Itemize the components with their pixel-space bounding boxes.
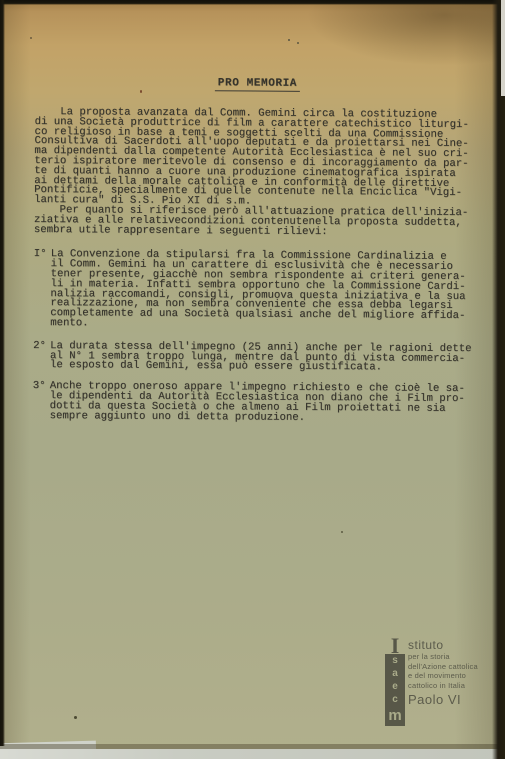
scan-edge-right (492, 0, 505, 759)
item-marker: 3° (33, 382, 50, 392)
numbered-item-3: 3° Anche troppo oneroso appare l'impegno… (33, 382, 478, 424)
scan-edge-left (0, 0, 5, 746)
item-text: La Convenzione da stipularsi fra la Comm… (50, 250, 466, 331)
scanner-bed-sliver (501, 0, 505, 96)
watermark-text-line: cattolico in Italia (408, 681, 478, 691)
item-text: Anche troppo oneroso appare l'impegno ri… (50, 382, 465, 424)
watermark-letter: I (385, 637, 405, 654)
title-row: PRO MEMORIA (35, 71, 480, 93)
watermark-text-line: dell'Azione cattolica (408, 662, 478, 672)
paper-speck (74, 716, 77, 719)
paper-speck (288, 39, 290, 41)
watermark-letter: e (385, 680, 405, 693)
watermark-text-line: e del movimento (408, 671, 478, 681)
scanned-document-photo: PRO MEMORIA La proposta avanzata dal Com… (0, 0, 505, 759)
typewritten-content: PRO MEMORIA La proposta avanzata dal Com… (33, 71, 480, 424)
item-marker: 2° (33, 342, 50, 352)
watermark-text-line: Paolo VI (408, 692, 478, 708)
item-marker: I° (34, 250, 51, 260)
paper-speck (30, 37, 32, 39)
document-page: PRO MEMORIA La proposta avanzata dal Com… (0, 0, 505, 759)
paper-speck (140, 90, 142, 93)
item-text: La durata stessa dell'impegno (25 anni) … (50, 342, 472, 374)
watermark-letter: m (385, 706, 405, 726)
paper-speck (341, 531, 343, 533)
watermark-letter-column: I s a e c m (385, 637, 405, 726)
numbered-item-2: 2° La durata stessa dell'impegno (25 ann… (33, 342, 478, 374)
paragraph-premise: Per quanto si riferisce però all'attuazi… (34, 206, 479, 238)
page-title: PRO MEMORIA (215, 77, 300, 92)
watermark-letter: c (385, 693, 405, 706)
watermark-text: stituto per la storia dell'Azione cattol… (408, 637, 478, 726)
watermark-letter: s (385, 654, 405, 667)
paper-speck (297, 42, 299, 44)
watermark-text-line: per la storia (408, 652, 478, 662)
watermark-letter: a (385, 667, 405, 680)
numbered-item-1: I° La Convenzione da stipularsi fra la C… (33, 250, 479, 331)
watermark-text-line: stituto (408, 638, 478, 652)
archive-watermark-isacem-logo: I s a e c m stituto per la storia dell'A… (385, 637, 478, 726)
scan-edge-top (0, 0, 505, 5)
paragraph-intro: La proposta avanzata dal Comm. Gemini ci… (34, 108, 480, 209)
scanner-bed-strip (0, 749, 505, 759)
